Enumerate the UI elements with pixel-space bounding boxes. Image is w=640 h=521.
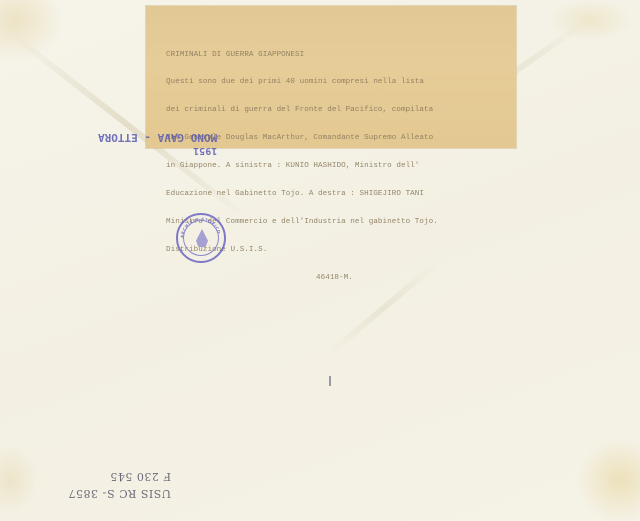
stamp-year: 1951 bbox=[98, 144, 217, 157]
stamp-ring-text: ARCHIVIO STORICO bbox=[179, 216, 222, 238]
agency-stamp: 1951 MONO GAVA - ETTORA bbox=[98, 131, 217, 157]
archive-round-stamp: ARCHIVIO STORICO bbox=[176, 213, 226, 263]
caption-title: CRIMINALI DI GUERRA GIAPPONESI bbox=[166, 51, 511, 60]
pencil-notes: USIS RC S- 3857 F 230 545 bbox=[68, 468, 171, 502]
caption-line: Questi sono due dei primi 40 uomini comp… bbox=[166, 78, 511, 87]
stamp-ring: ARCHIVIO STORICO bbox=[178, 215, 224, 261]
emblem-icon bbox=[196, 229, 208, 247]
pencil-note: F 230 545 bbox=[68, 468, 171, 485]
caption-code: 46418-M. bbox=[166, 274, 511, 283]
svg-text:ARCHIVIO STORICO: ARCHIVIO STORICO bbox=[179, 216, 222, 238]
caption-line: dei criminali di guerra del Fronte del P… bbox=[166, 106, 511, 115]
photo-verso: CRIMINALI DI GUERRA GIAPPONESI Questi so… bbox=[0, 0, 640, 521]
caption-label: CRIMINALI DI GUERRA GIAPPONESI Questi so… bbox=[146, 6, 516, 148]
caption-text: CRIMINALI DI GUERRA GIAPPONESI Questi so… bbox=[166, 32, 511, 302]
pencil-note: USIS RC S- 3857 bbox=[68, 485, 171, 502]
pencil-mark bbox=[329, 376, 331, 386]
caption-line: Educazione nel Gabinetto Tojo. A destra … bbox=[166, 190, 511, 199]
caption-line: in Giappone. A sinistra : KUNIO HASHIDO,… bbox=[166, 162, 511, 171]
stamp-agency: MONO GAVA - ETTORA bbox=[98, 131, 217, 144]
caption-line: dal Generale Douglas MacArthur, Comandan… bbox=[166, 134, 511, 143]
